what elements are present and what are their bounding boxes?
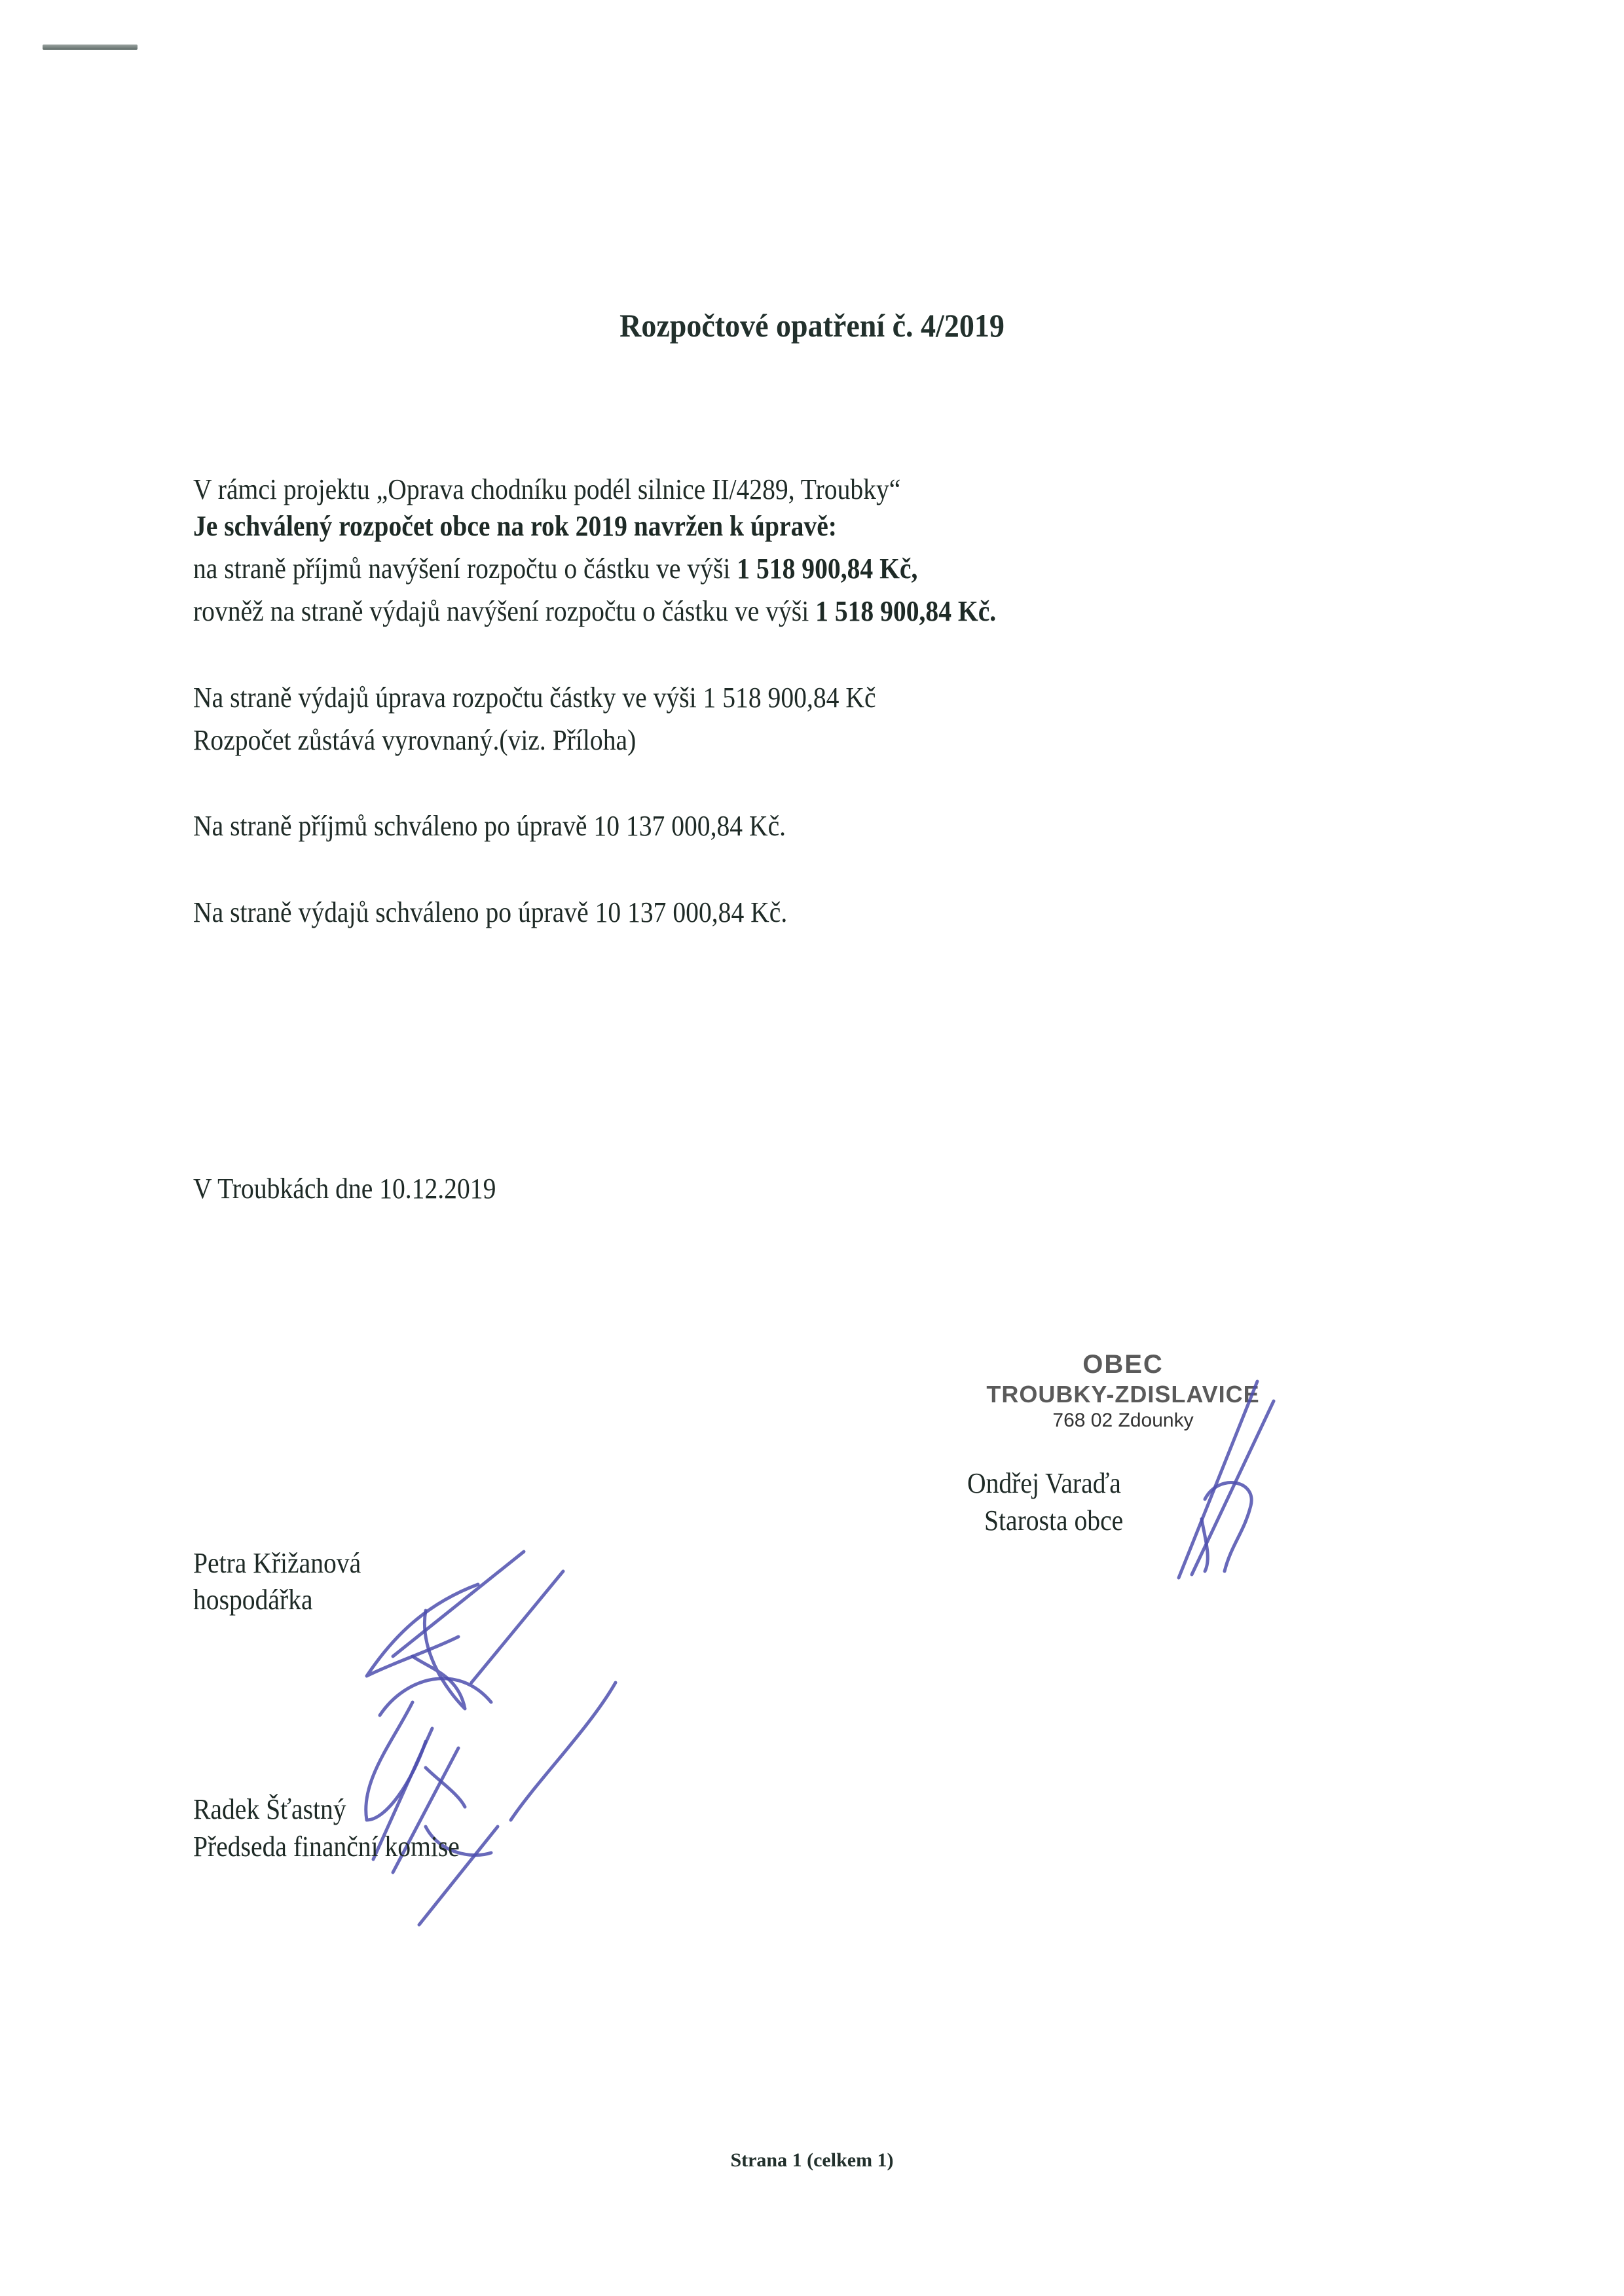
income-increase-line: na straně příjmů navýšení rozpočtu o čás… [193,552,917,585]
expense-adjustment-line: Na straně výdajů úprava rozpočtu částky … [193,681,876,714]
balanced-budget-line: Rozpočet zůstává vyrovnaný.(viz. Příloha… [193,723,636,757]
chair-role: Předseda finanční komise [193,1830,460,1863]
expense-increase-line: rovněž na straně výdajů navýšení rozpočt… [193,594,996,628]
place-date: V Troubkách dne 10.12.2019 [193,1172,496,1205]
expense-increase-amount: 1 518 900,84 Kč. [815,595,996,627]
mayor-role: Starosta obce [984,1504,1123,1537]
mayor-signature [1166,1375,1297,1584]
document-title: Rozpočtové opatření č. 4/2019 [65,306,1559,344]
project-line: V rámci projektu „Oprava chodníku podél … [193,473,900,506]
income-increase-text: na straně příjmů navýšení rozpočtu o čás… [193,553,737,585]
chair-name: Radek Šťastný [193,1793,346,1826]
mayor-name: Ondřej Varaďa [967,1467,1121,1500]
page-footer: Strana 1 (celkem 1) [0,2149,1624,2172]
approved-expense-line: Na straně výdajů schváleno po úpravě 10 … [193,896,787,929]
scan-artifact [43,45,138,50]
expense-increase-text: rovněž na straně výdajů navýšení rozpočt… [193,595,815,627]
income-increase-amount: 1 518 900,84 Kč, [737,553,917,585]
budget-heading: Je schválený rozpočet obce na rok 2019 n… [193,509,837,543]
approved-income-line: Na straně příjmů schváleno po úpravě 10 … [193,809,786,843]
